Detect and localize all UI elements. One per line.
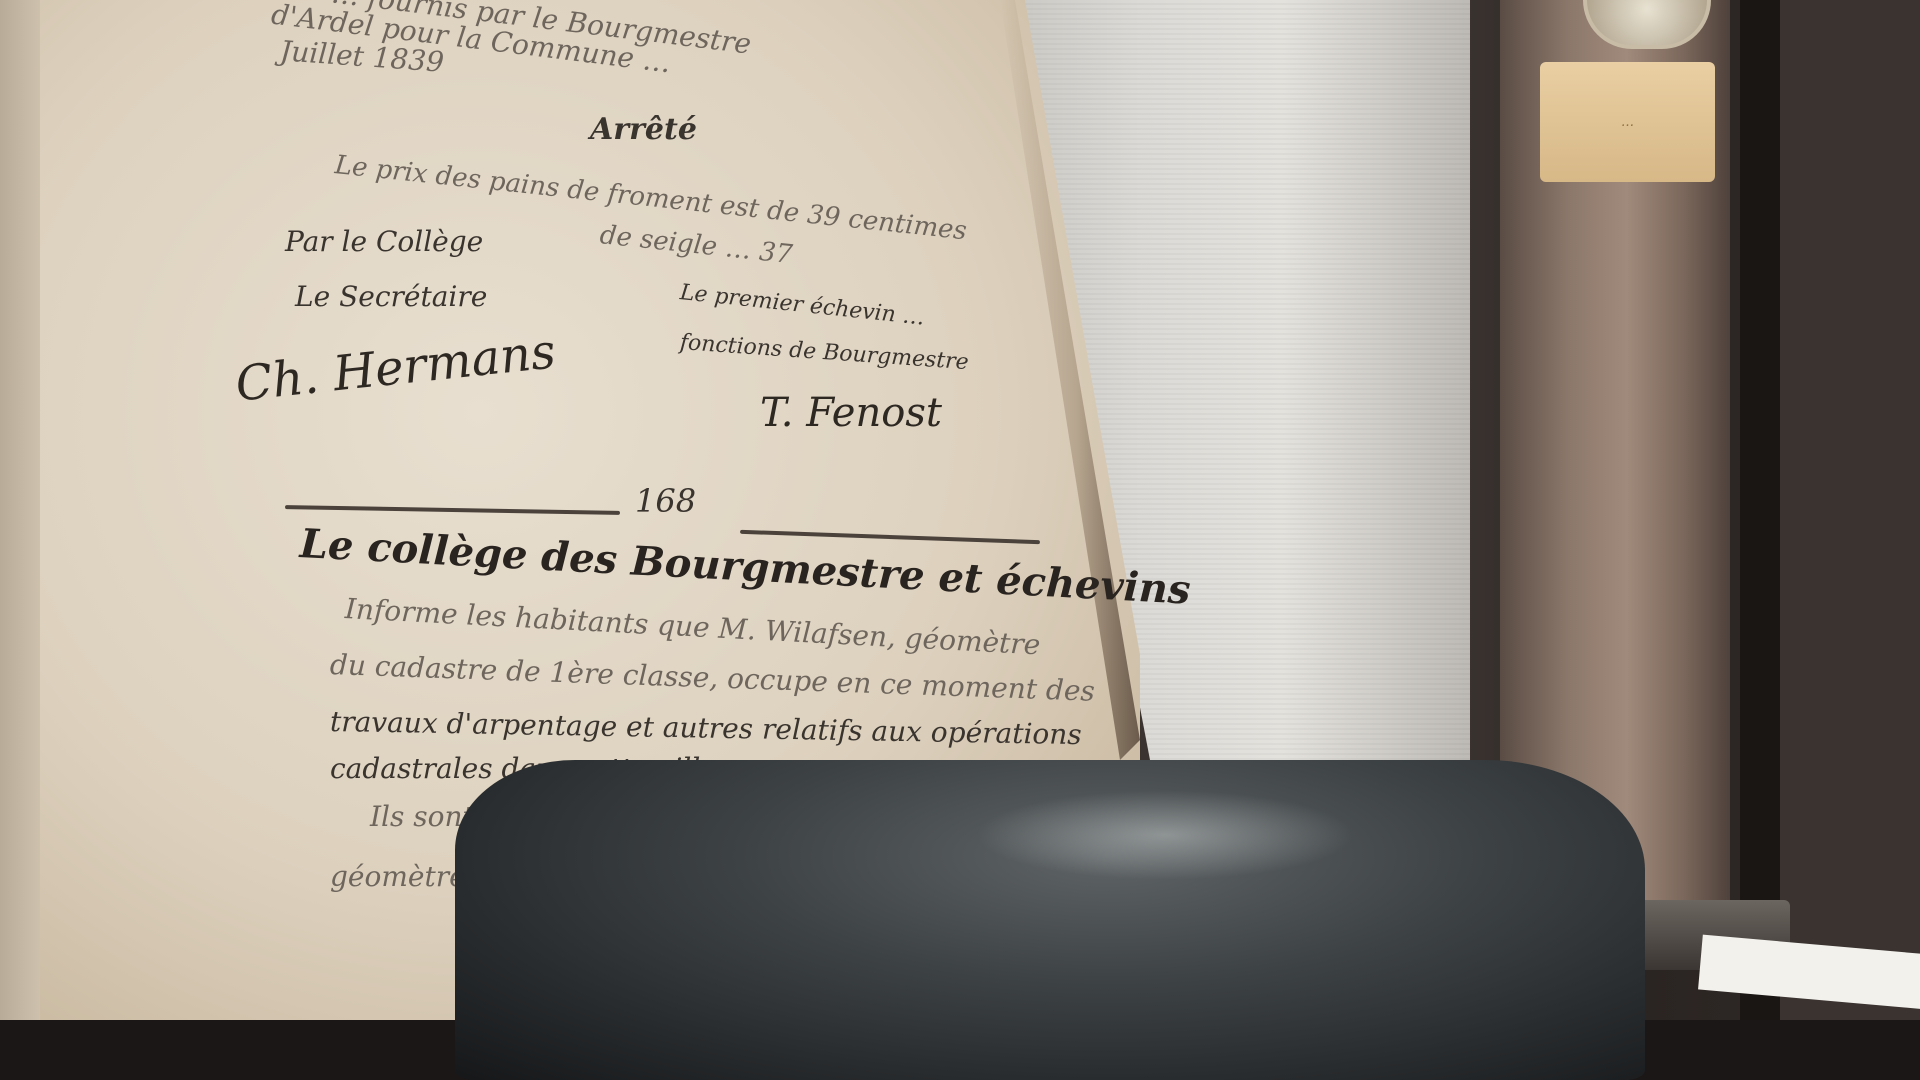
secretary-label: Le Secrétaire: [295, 280, 487, 313]
entry-number: 168: [635, 482, 696, 520]
college-label: Par le Collège: [285, 225, 483, 258]
arrete-heading: Arrêté: [590, 112, 697, 147]
signature-right: T. Fenost: [760, 390, 942, 436]
vial-label-text: …: [1621, 115, 1634, 130]
vial-label: …: [1540, 62, 1715, 182]
display-case-right-panel: [1780, 0, 1920, 1080]
cocked-hat: [455, 760, 1645, 1080]
